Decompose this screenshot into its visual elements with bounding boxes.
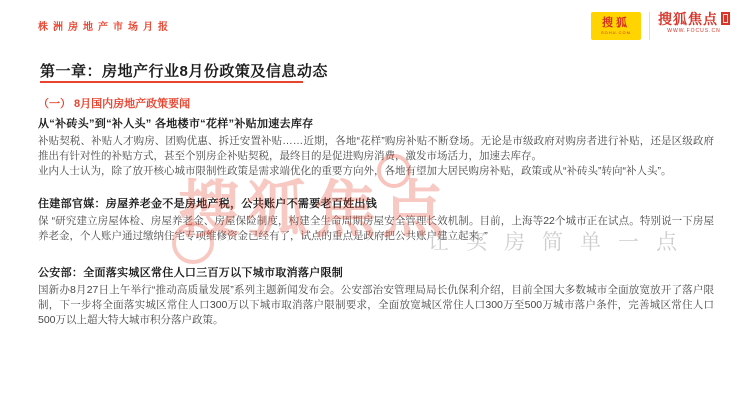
section-heading: （一） 8月国内房地产政策要闻 — [38, 95, 714, 111]
article-heading: 公安部：全面落实城区常住人口三百万以下城市取消落户限制 — [38, 264, 714, 280]
article-heading: 从“补砖头”到“补人头” 各地楼市“花样”补贴加速去库存 — [38, 115, 714, 131]
article-paragraph: 保 “研究建立房屋体检、房屋养老金、房屋保险制度，构建全生命周期房屋安全管理长效… — [38, 214, 714, 244]
logo-area: 搜狐 SOHU.COM 搜狐焦点 WWW.FOCUS.CN — [591, 12, 730, 40]
sohu-focus-logo-row: 搜狐焦点 — [658, 12, 730, 26]
chapter-title: 第一章：房地产行业8月份政策及信息动态 — [40, 60, 328, 81]
report-page: 株洲房地产市场月报 搜狐 SOHU.COM 搜狐焦点 WWW.FOCUS.CN … — [0, 0, 740, 416]
sohu-logo-domain: SOHU.COM — [601, 31, 631, 35]
logo-divider — [649, 12, 650, 40]
sohu-logo: 搜狐 SOHU.COM — [591, 12, 641, 40]
sohu-focus-logo: 搜狐焦点 WWW.FOCUS.CN — [658, 12, 730, 34]
sohu-focus-logo-domain: WWW.FOCUS.CN — [667, 29, 720, 34]
article-paragraph: 补贴契税、补贴人才购房、团购优惠、拆迁安置补贴……近期，各地“花样”购房补贴不断… — [38, 134, 714, 164]
sohu-logo-text: 搜狐 — [602, 18, 630, 29]
article-hukou-policy: 公安部：全面落实城区常住人口三百万以下城市取消落户限制 国新办8月27日上午举行… — [38, 264, 714, 328]
article-paragraph: 国新办8月27日上午举行“推动高质量发展”系列主题新闻发布会。公安部治安管理局局… — [38, 283, 714, 328]
report-label: 株洲房地产市场月报 — [38, 18, 173, 33]
article-paragraph: 业内人士认为，除了放开核心城市限制性政策是需求端优化的重要方向外，各地有望加大居… — [38, 164, 714, 179]
sohu-focus-logo-text: 搜狐焦点 — [658, 12, 718, 26]
content-area: （一） 8月国内房地产政策要闻 从“补砖头”到“补人头” 各地楼市“花样”补贴加… — [38, 95, 714, 328]
title-underline — [40, 81, 303, 83]
article-heading: 住建部官媒：房屋养老金不是房地产税，公共账户不需要老百姓出钱 — [38, 195, 714, 211]
article-housing-pension: 住建部官媒：房屋养老金不是房地产税，公共账户不需要老百姓出钱 保 “研究建立房屋… — [38, 195, 714, 244]
seal-icon — [721, 12, 730, 25]
article-subsidy-policy: 从“补砖头”到“补人头” 各地楼市“花样”补贴加速去库存 补贴契税、补贴人才购房… — [38, 115, 714, 179]
